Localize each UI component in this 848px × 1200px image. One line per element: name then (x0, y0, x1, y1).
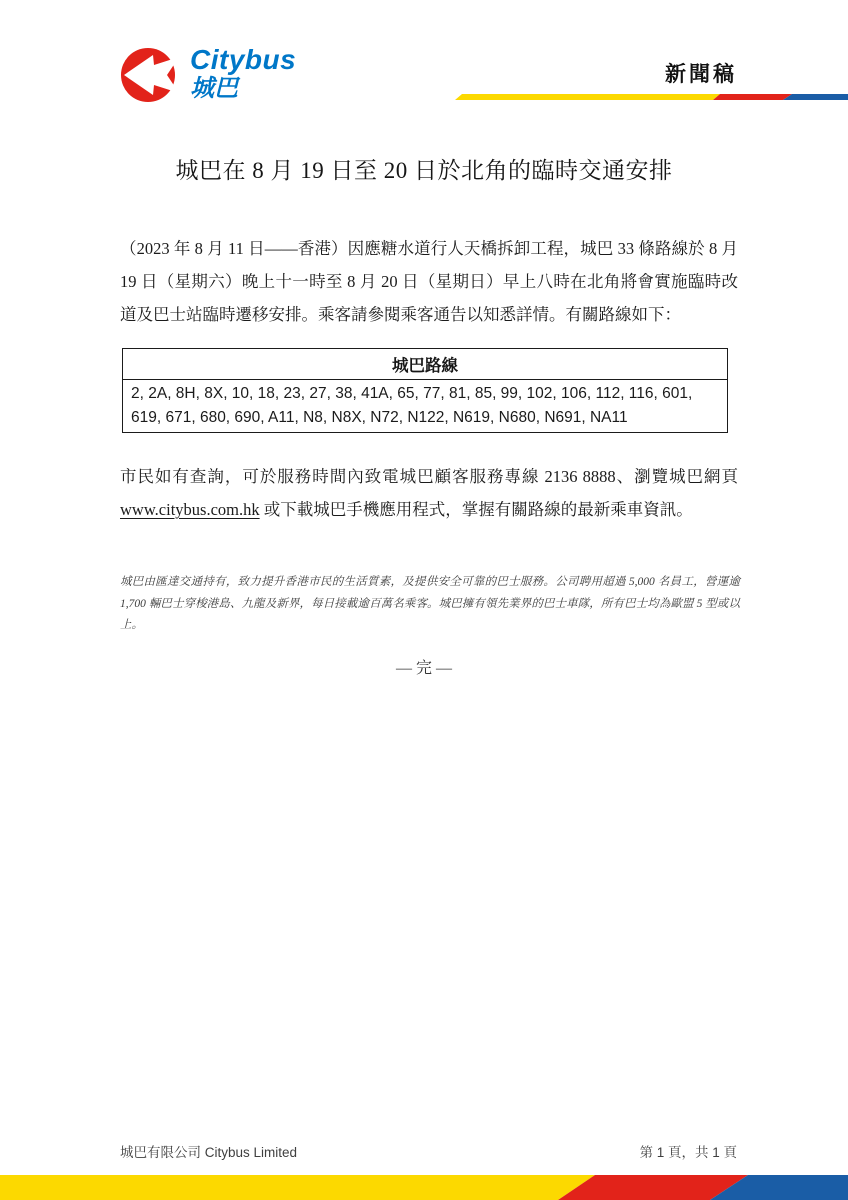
footer-tricolor-stripe (0, 1175, 848, 1200)
brand-name-zh: 城巴 (190, 77, 296, 101)
citybus-logo-icon (120, 44, 180, 106)
company-boilerplate: 城巴由匯達交通持有，致力提升香港市民的生活質素，及提供安全可靠的巴士服務。公司聘… (120, 572, 740, 637)
table-header-row: 城巴路線 (123, 349, 728, 380)
citybus-logo: Citybus 城巴 (120, 44, 296, 106)
footer-page-number: 第 1 頁，共 1 頁 (639, 1141, 737, 1161)
brand-text: Citybus 城巴 (190, 46, 296, 101)
footer-company-name: 城巴有限公司 Citybus Limited (120, 1141, 297, 1161)
end-mark: — 完 — (0, 655, 848, 678)
page-footer: 城巴有限公司 Citybus Limited 第 1 頁，共 1 頁 (120, 1141, 737, 1161)
doc-type-label: 新聞稿 (665, 58, 737, 88)
page-title: 城巴在 8 月 19 日至 20 日於北角的臨時交通安排 (0, 152, 848, 185)
citybus-website-link[interactable]: www.citybus.com.hk (120, 500, 260, 519)
intro-paragraph: （2023 年 8 月 11 日——香港）因應糖水道行人天橋拆卸工程，城巴 33… (120, 232, 738, 331)
enquiry-text-after: 或下載城巴手機應用程式，掌握有關路線的最新乘車資訊。 (260, 500, 693, 519)
routes-list-cell: 2, 2A, 8H, 8X, 10, 18, 23, 27, 38, 41A, … (123, 380, 728, 433)
header-tricolor-stripe (455, 94, 848, 100)
table-row: 2, 2A, 8H, 8X, 10, 18, 23, 27, 38, 41A, … (123, 380, 728, 433)
enquiry-text-before: 市民如有查詢，可於服務時間內致電城巴顧客服務專線 2136 8888、瀏覽城巴網… (120, 467, 738, 486)
brand-name-en: Citybus (190, 46, 296, 74)
routes-table: 城巴路線 2, 2A, 8H, 8X, 10, 18, 23, 27, 38, … (122, 348, 728, 433)
routes-table-header: 城巴路線 (123, 349, 728, 380)
enquiry-paragraph: 市民如有查詢，可於服務時間內致電城巴顧客服務專線 2136 8888、瀏覽城巴網… (120, 460, 738, 526)
press-release-page: Citybus 城巴 新聞稿 城巴在 8 月 19 日至 20 日於北角的臨時交… (0, 0, 848, 1200)
